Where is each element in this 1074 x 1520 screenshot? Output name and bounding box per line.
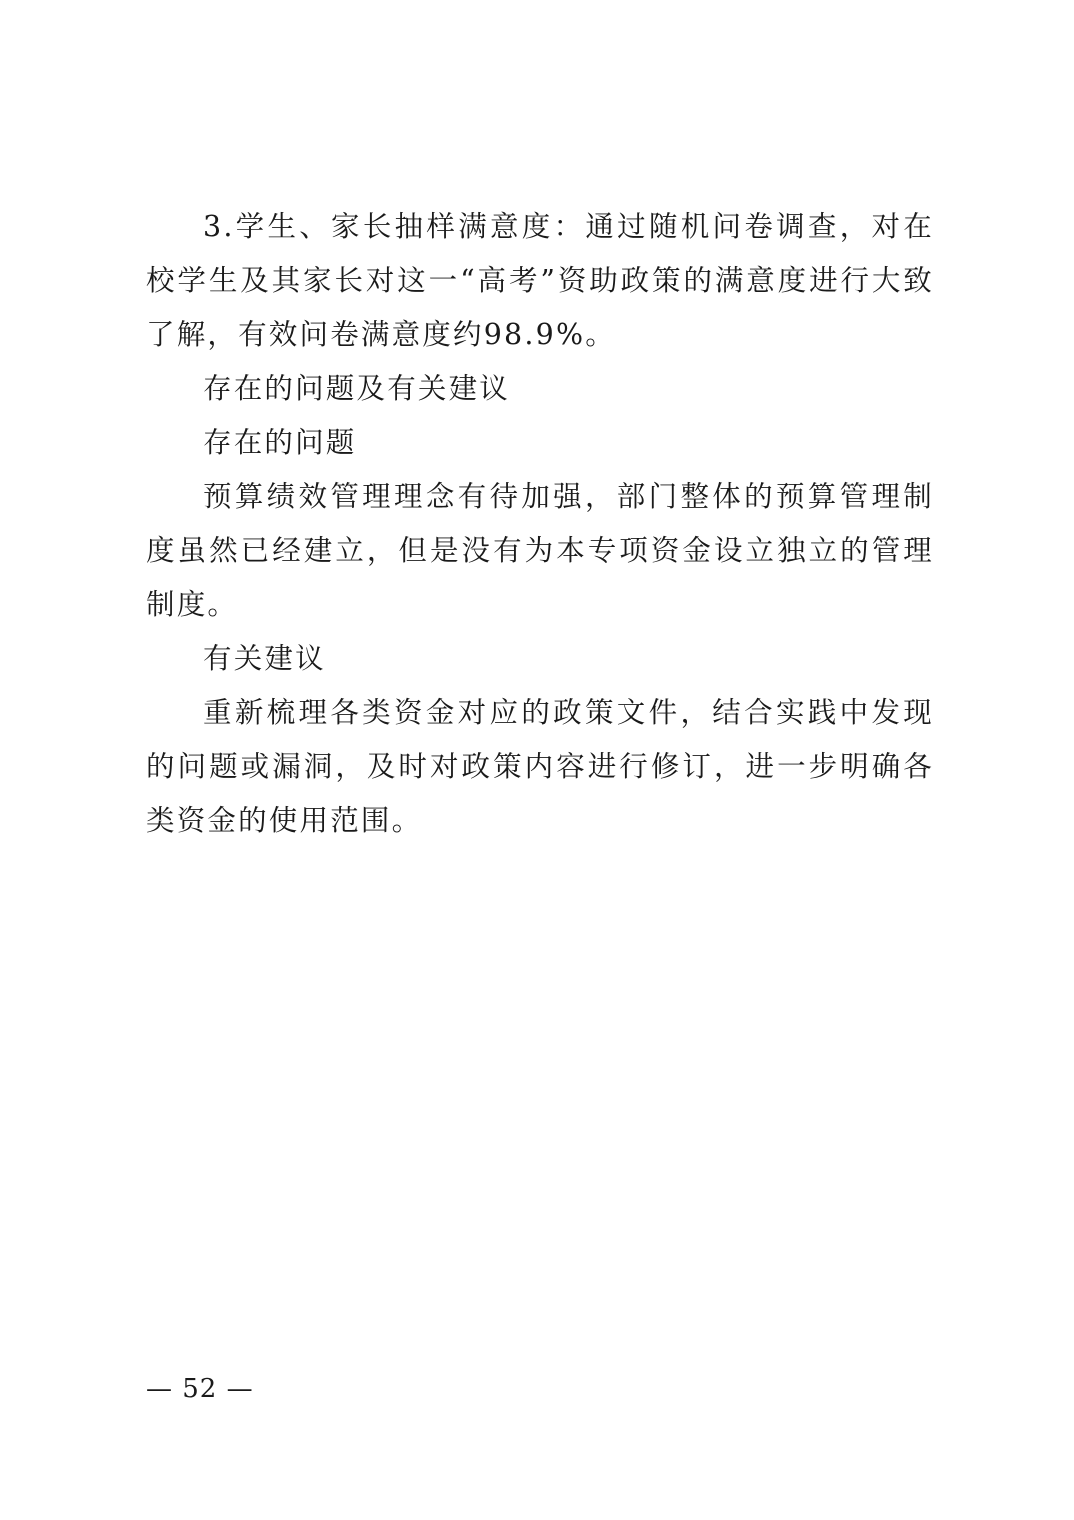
page-number: — 52 —: [146, 1372, 254, 1406]
subheading-existing-problems: 存在的问题: [146, 416, 934, 470]
subheading-suggestions: 有关建议: [146, 632, 934, 686]
document-body: 3.学生、家长抽样满意度：通过随机问卷调查，对在校学生及其家长对这一“高考”资助…: [146, 200, 934, 848]
paragraph-suggestions: 重新梳理各类资金对应的政策文件，结合实践中发现的问题或漏洞，及时对政策内容进行修…: [146, 686, 934, 848]
paragraph-problems: 预算绩效管理理念有待加强，部门整体的预算管理制度虽然已经建立，但是没有为本专项资…: [146, 470, 934, 632]
paragraph-satisfaction-survey: 3.学生、家长抽样满意度：通过随机问卷调查，对在校学生及其家长对这一“高考”资助…: [146, 200, 934, 362]
heading-problems-and-suggestions: 存在的问题及有关建议: [146, 362, 934, 416]
